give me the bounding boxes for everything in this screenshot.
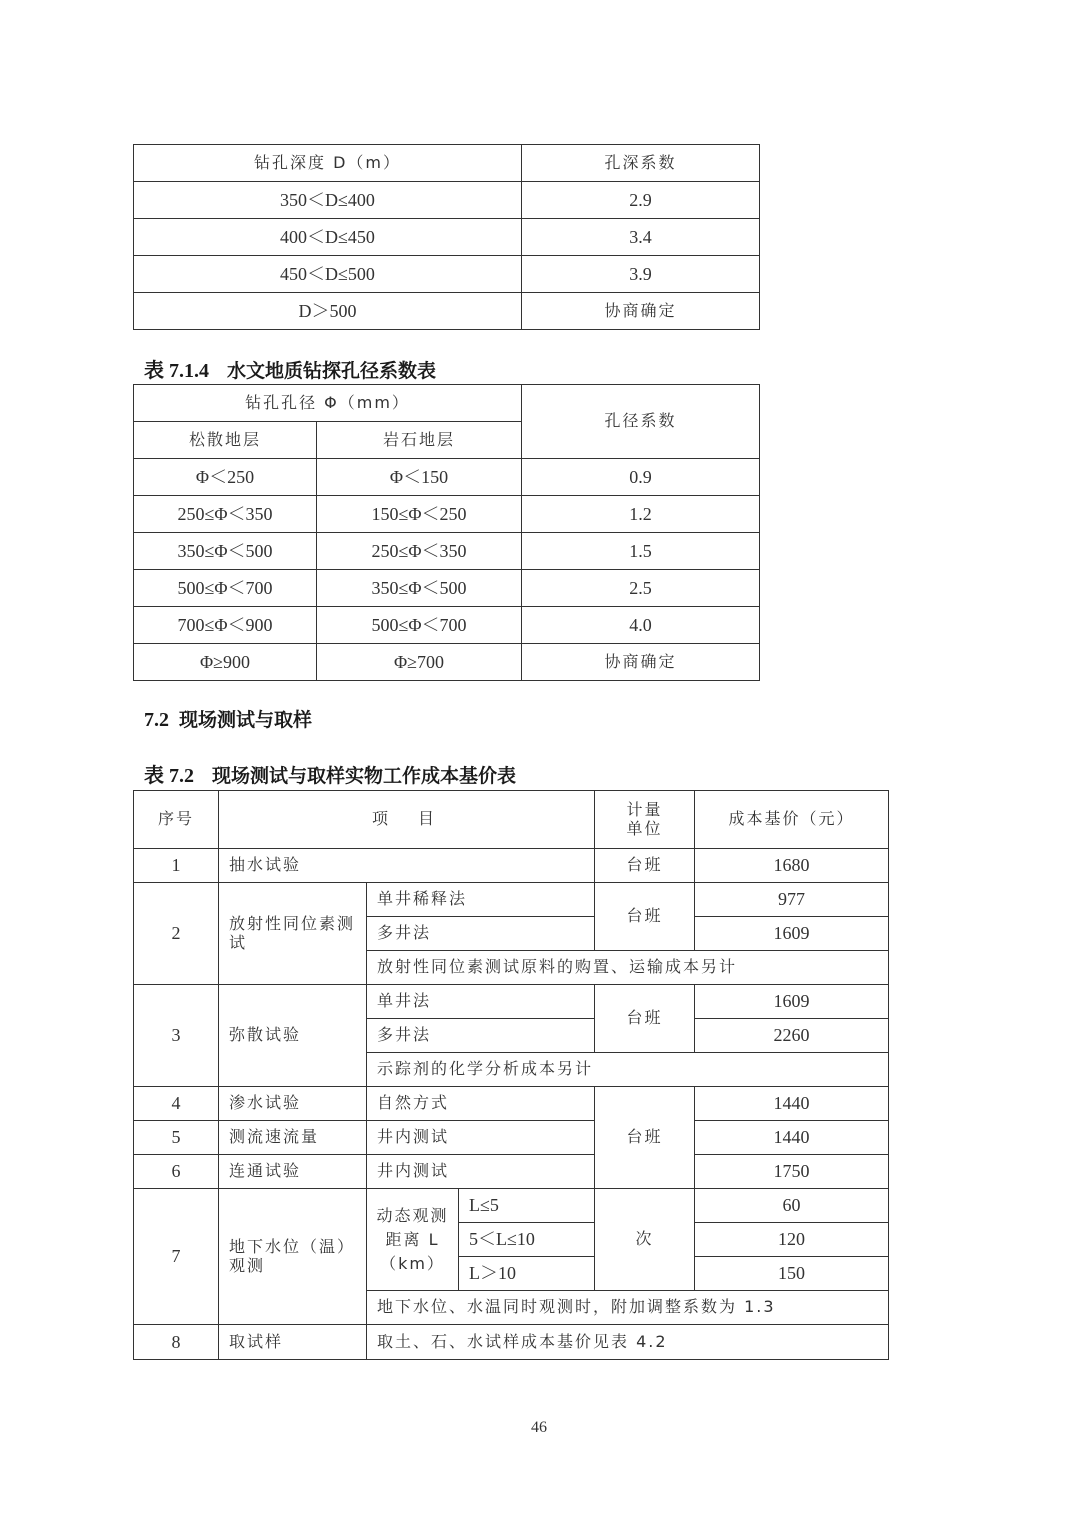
row-unit: 台班 [595, 1087, 695, 1189]
section-number: 7.2 [144, 709, 169, 731]
field-test-cost-table: 序号 项 目 计量 单位 成本基价（元） 1 抽水试验 台班 1680 2 放射… [133, 790, 889, 1360]
row-seq: 7 [134, 1189, 219, 1325]
rock-range: 500≤Φ＜700 [317, 607, 522, 644]
depth-coef: 3.4 [522, 219, 760, 256]
row-seq: 1 [134, 849, 219, 883]
header-diameter-coef: 孔径系数 [522, 385, 760, 459]
diameter-coef: 4.0 [522, 607, 760, 644]
row-method: 多井法 [367, 1019, 595, 1053]
row-sub-label: 动态观测距离 L（km） [367, 1189, 459, 1291]
row-item: 弥散试验 [219, 985, 367, 1087]
row-seq: 2 [134, 883, 219, 985]
section-title: 现场测试与取样 [179, 709, 312, 731]
diameter-coef: 2.5 [522, 570, 760, 607]
row-distance: L≤5 [459, 1189, 595, 1223]
row-item: 测流速流量 [219, 1121, 367, 1155]
row-distance: 5＜L≤10 [459, 1223, 595, 1257]
depth-coef: 2.9 [522, 182, 760, 219]
loose-range: Φ≥900 [134, 644, 317, 681]
rock-range: 350≤Φ＜500 [317, 570, 522, 607]
depth-coef: 协商确定 [522, 293, 760, 330]
header-unit-line1: 计量 [595, 801, 694, 819]
loose-range: 250≤Φ＜350 [134, 496, 317, 533]
depth-range: D＞500 [134, 293, 522, 330]
diameter-coef: 1.5 [522, 533, 760, 570]
row-unit: 次 [595, 1189, 695, 1291]
depth-coefficient-table: 钻孔深度 D（m） 孔深系数 350＜D≤400 2.9 400＜D≤450 3… [133, 144, 760, 330]
row-unit: 台班 [595, 883, 695, 951]
loose-range: Φ＜250 [134, 459, 317, 496]
header-price: 成本基价（元） [695, 791, 889, 849]
row-note: 地下水位、水温同时观测时，附加调整系数为 1.3 [367, 1291, 889, 1325]
row-method: 单井法 [367, 985, 595, 1019]
row-price: 120 [695, 1223, 889, 1257]
row-seq: 8 [134, 1325, 219, 1360]
row-method: 自然方式 [367, 1087, 595, 1121]
row-distance: L＞10 [459, 1257, 595, 1291]
row-method: 井内测试 [367, 1155, 595, 1189]
rock-range: Φ≥700 [317, 644, 522, 681]
table-72-number: 表 7.2 [144, 765, 194, 787]
diameter-coef: 协商确定 [522, 644, 760, 681]
row-price: 150 [695, 1257, 889, 1291]
row-price: 1750 [695, 1155, 889, 1189]
row-item: 放射性同位素测试 [219, 883, 367, 985]
row-unit: 台班 [595, 849, 695, 883]
row-item: 抽水试验 [219, 849, 595, 883]
row-note: 放射性同位素测试原料的购置、运输成本另计 [367, 951, 889, 985]
table-72-caption: 表 7.2现场测试与取样实物工作成本基价表 [144, 759, 516, 788]
row-item: 地下水位（温）观测 [219, 1189, 367, 1325]
rock-range: 150≤Φ＜250 [317, 496, 522, 533]
row-item: 连通试验 [219, 1155, 367, 1189]
depth-range: 400＜D≤450 [134, 219, 522, 256]
row-method: 井内测试 [367, 1121, 595, 1155]
header-item: 项 目 [219, 791, 595, 849]
header-unit: 计量 单位 [595, 791, 695, 849]
loose-range: 700≤Φ＜900 [134, 607, 317, 644]
row-price: 1680 [695, 849, 889, 883]
loose-range: 500≤Φ＜700 [134, 570, 317, 607]
row-seq: 5 [134, 1121, 219, 1155]
row-price: 1609 [695, 985, 889, 1019]
row-item: 取试样 [219, 1325, 367, 1360]
table-714-title: 水文地质钻探孔径系数表 [227, 360, 436, 382]
row-price: 1440 [695, 1087, 889, 1121]
row-note: 取土、石、水试样成本基价见表 4.2 [367, 1325, 889, 1360]
row-method: 单井稀释法 [367, 883, 595, 917]
depth-coef: 3.9 [522, 256, 760, 293]
header-loose-strata: 松散地层 [134, 422, 317, 459]
section-heading: 7.2现场测试与取样 [144, 705, 312, 732]
diameter-coef: 0.9 [522, 459, 760, 496]
table-72-title: 现场测试与取样实物工作成本基价表 [212, 765, 516, 787]
row-item: 渗水试验 [219, 1087, 367, 1121]
header-seq: 序号 [134, 791, 219, 849]
rock-range: Φ＜150 [317, 459, 522, 496]
row-seq: 6 [134, 1155, 219, 1189]
header-depth: 钻孔深度 D（m） [134, 145, 522, 182]
row-note: 示踪剂的化学分析成本另计 [367, 1053, 889, 1087]
depth-range: 350＜D≤400 [134, 182, 522, 219]
row-price: 2260 [695, 1019, 889, 1053]
row-price: 1440 [695, 1121, 889, 1155]
row-seq: 4 [134, 1087, 219, 1121]
depth-range: 450＜D≤500 [134, 256, 522, 293]
rock-range: 250≤Φ＜350 [317, 533, 522, 570]
header-diameter-group: 钻孔孔径 Φ（mm） [134, 385, 522, 422]
loose-range: 350≤Φ＜500 [134, 533, 317, 570]
row-seq: 3 [134, 985, 219, 1087]
header-rock-strata: 岩石地层 [317, 422, 522, 459]
header-depth-coef: 孔深系数 [522, 145, 760, 182]
row-price: 977 [695, 883, 889, 917]
row-method: 多井法 [367, 917, 595, 951]
row-price: 1609 [695, 917, 889, 951]
table-714-number: 表 7.1.4 [144, 360, 209, 382]
row-unit: 台班 [595, 985, 695, 1053]
bore-diameter-coefficient-table: 钻孔孔径 Φ（mm） 孔径系数 松散地层 岩石地层 Φ＜250 Φ＜150 0.… [133, 384, 760, 681]
page-number: 46 [531, 1419, 547, 1437]
row-price: 60 [695, 1189, 889, 1223]
header-unit-line2: 单位 [595, 820, 694, 838]
table-714-caption: 表 7.1.4水文地质钻探孔径系数表 [144, 354, 436, 383]
diameter-coef: 1.2 [522, 496, 760, 533]
